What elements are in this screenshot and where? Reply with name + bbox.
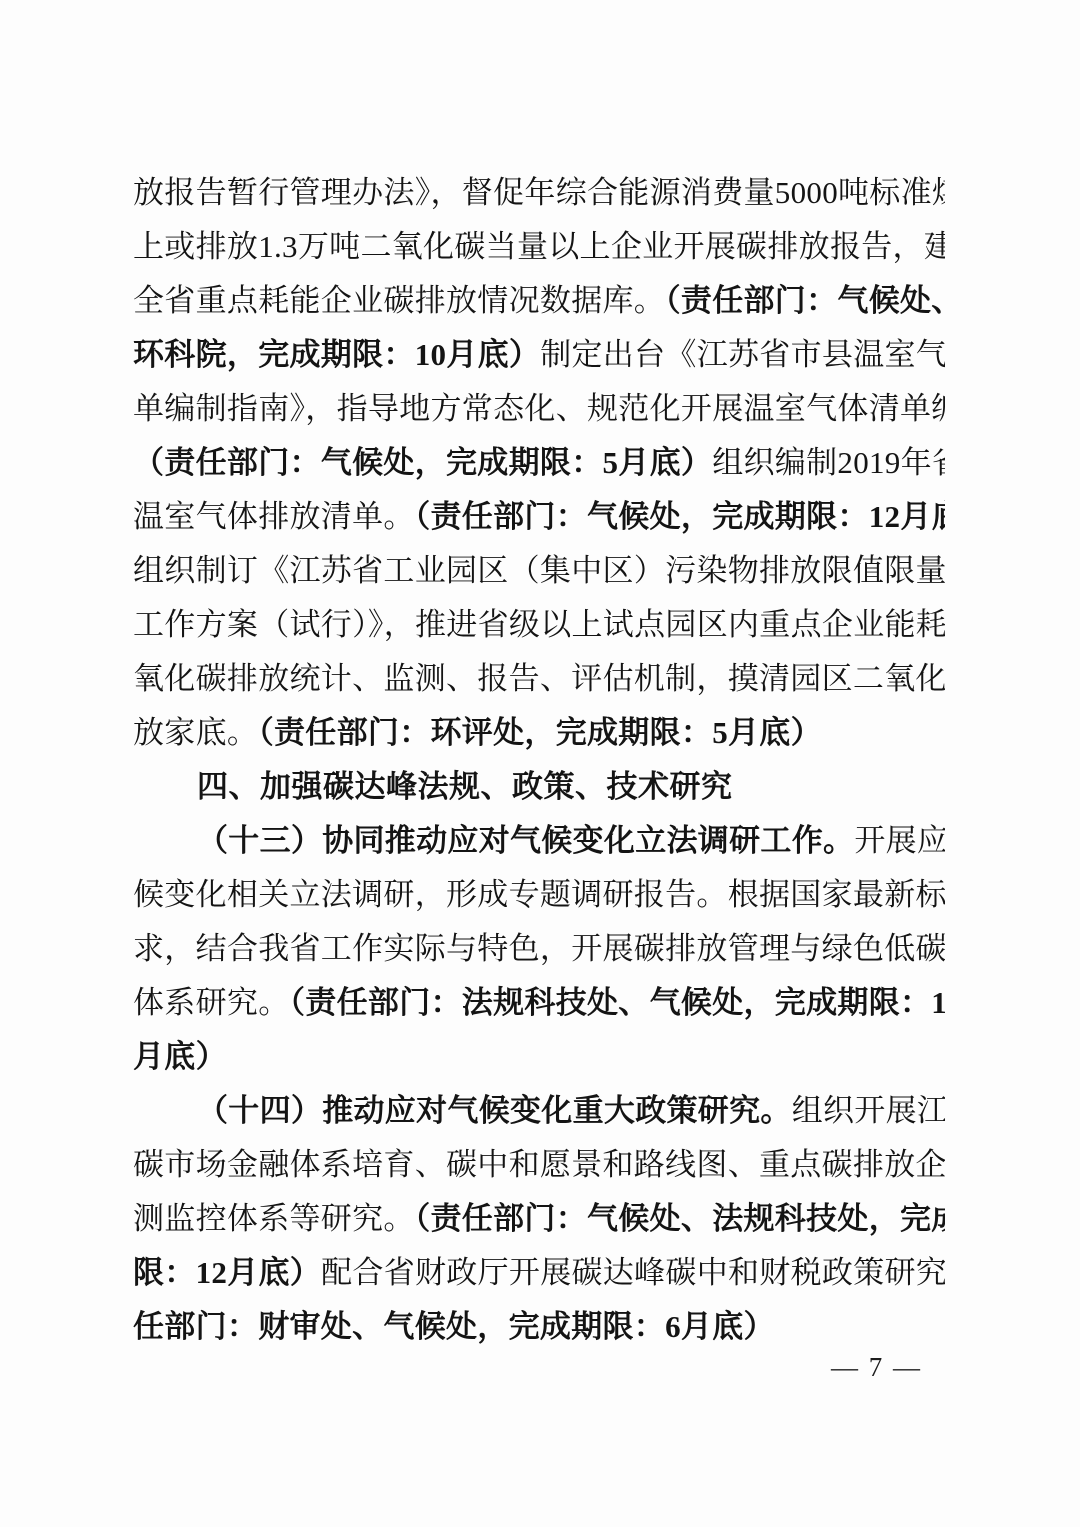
bold-text-segment: 月底） — [133, 1039, 227, 1074]
text-line: （责任部门：气候处，完成期限：5月底）组织编制2019年省级 — [133, 436, 945, 490]
text-segment: 制定出台《江苏省市县温室气体清 — [540, 337, 945, 372]
text-segment: 工作方案（试行）》，推进省级以上试点园区内重点企业能耗和二 — [133, 607, 945, 642]
text-segment: 氧化碳排放统计、监测、报告、评估机制，摸清园区二氧化碳排 — [133, 661, 945, 696]
bold-text-segment: 限：12月底） — [133, 1255, 321, 1290]
text-line: 上或排放1.3万吨二氧化碳当量以上企业开展碳排放报告，建立 — [133, 220, 945, 274]
text-segment: 上或排放1.3万吨二氧化碳当量以上企业开展碳排放报告，建立 — [133, 229, 945, 264]
text-line: 放家底。（责任部门：环评处，完成期限：5月底） — [133, 706, 945, 760]
text-segment: 温室气体排放清单。 — [133, 499, 415, 534]
bold-text-segment: 任部门：财审处、气候处，完成期限：6月底） — [133, 1309, 775, 1344]
text-segment: 全省重点耗能企业碳排放情况数据库。 — [133, 283, 665, 318]
text-line: 任部门：财审处、气候处，完成期限：6月底） — [133, 1300, 945, 1354]
page-number: — 7 — — [831, 1347, 922, 1387]
text-line: 放报告暂行管理办法》，督促年综合能源消费量5000吨标准煤以 — [133, 166, 945, 220]
text-line: 组织制订《江苏省工业园区（集中区）污染物排放限值限量管理 — [133, 544, 945, 598]
text-segment: 放报告暂行管理办法》，督促年综合能源消费量5000吨标准煤以 — [133, 175, 945, 210]
text-segment: 配合省财政厅开展碳达峰碳中和财税政策研究。 — [321, 1255, 945, 1290]
text-segment: 组织编制2019年省级 — [712, 445, 945, 480]
text-segment: 求，结合我省工作实际与特色，开展碳排放管理与绿色低碳标准 — [133, 931, 945, 966]
text-line: 氧化碳排放统计、监测、报告、评估机制，摸清园区二氧化碳排 — [133, 652, 945, 706]
paragraph-item-14: （十四）推动应对气候变化重大政策研究。组织开展江苏省碳市场金融体系培育、碳中和愿… — [133, 1084, 945, 1354]
text-line: 全省重点耗能企业碳排放情况数据库。（责任部门：气候处、省 — [133, 274, 945, 328]
bold-text-segment: （责任部门：气候处、省 — [665, 283, 945, 318]
text-segment: 组织制订《江苏省工业园区（集中区）污染物排放限值限量管理 — [133, 553, 945, 588]
paragraph-item-13: （十三）协同推动应对气候变化立法调研工作。开展应对气候变化相关立法调研，形成专题… — [133, 814, 945, 1084]
bold-text-segment: （责任部门：气候处、法规科技处，完成期 — [415, 1201, 945, 1236]
document-page: 放报告暂行管理办法》，督促年综合能源消费量5000吨标准煤以上或排放1.3万吨二… — [0, 0, 1080, 1527]
document-body: 放报告暂行管理办法》，督促年综合能源消费量5000吨标准煤以上或排放1.3万吨二… — [133, 166, 945, 1354]
text-line: 求，结合我省工作实际与特色，开展碳排放管理与绿色低碳标准 — [133, 922, 945, 976]
text-line: （十四）推动应对气候变化重大政策研究。组织开展江苏省 — [133, 1084, 945, 1138]
text-segment: 单编制指南》，指导地方常态化、规范化开展温室气体清单编制。 — [133, 391, 945, 426]
bold-text-segment: （责任部门：气候处，完成期限：12月底） — [415, 499, 945, 534]
text-line: 测监控体系等研究。（责任部门：气候处、法规科技处，完成期 — [133, 1192, 945, 1246]
bold-text-segment: （责任部门：环评处，完成期限：5月底） — [258, 715, 822, 750]
text-segment: 组织开展江苏省 — [792, 1093, 945, 1128]
text-segment: 放家底。 — [133, 715, 258, 750]
bold-text-segment: （十三）协同推动应对气候变化立法调研工作。 — [197, 823, 854, 858]
text-line: 温室气体排放清单。（责任部门：气候处，完成期限：12月底） — [133, 490, 945, 544]
text-line: 限：12月底）配合省财政厅开展碳达峰碳中和财税政策研究。（责 — [133, 1246, 945, 1300]
paragraph-continuation: 放报告暂行管理办法》，督促年综合能源消费量5000吨标准煤以上或排放1.3万吨二… — [133, 166, 945, 760]
text-line: 候变化相关立法调研，形成专题调研报告。根据国家最新标准要 — [133, 868, 945, 922]
section-heading-4: 四、加强碳达峰法规、政策、技术研究 — [133, 760, 945, 814]
text-segment: 候变化相关立法调研，形成专题调研报告。根据国家最新标准要 — [133, 877, 945, 912]
bold-text-segment: （责任部门：气候处，完成期限：5月底） — [133, 445, 712, 480]
bold-text-segment: 环科院，完成期限：10月底） — [133, 337, 540, 372]
text-line: 碳市场金融体系培育、碳中和愿景和路线图、重点碳排放企业监 — [133, 1138, 945, 1192]
text-segment: 碳市场金融体系培育、碳中和愿景和路线图、重点碳排放企业监 — [133, 1147, 945, 1182]
text-line: 环科院，完成期限：10月底）制定出台《江苏省市县温室气体清 — [133, 328, 945, 382]
text-line: 工作方案（试行）》，推进省级以上试点园区内重点企业能耗和二 — [133, 598, 945, 652]
text-segment: 体系研究。 — [133, 985, 290, 1020]
text-line: （十三）协同推动应对气候变化立法调研工作。开展应对气 — [133, 814, 945, 868]
text-line: 月底） — [133, 1030, 945, 1084]
bold-text-segment: （十四）推动应对气候变化重大政策研究。 — [197, 1093, 792, 1128]
text-segment: 开展应对气 — [854, 823, 945, 858]
text-line: 体系研究。（责任部门：法规科技处、气候处，完成期限：12 — [133, 976, 945, 1030]
text-segment: 测监控体系等研究。 — [133, 1201, 415, 1236]
text-line: 单编制指南》，指导地方常态化、规范化开展温室气体清单编制。 — [133, 382, 945, 436]
bold-text-segment: （责任部门：法规科技处、气候处，完成期限：12 — [290, 985, 946, 1020]
